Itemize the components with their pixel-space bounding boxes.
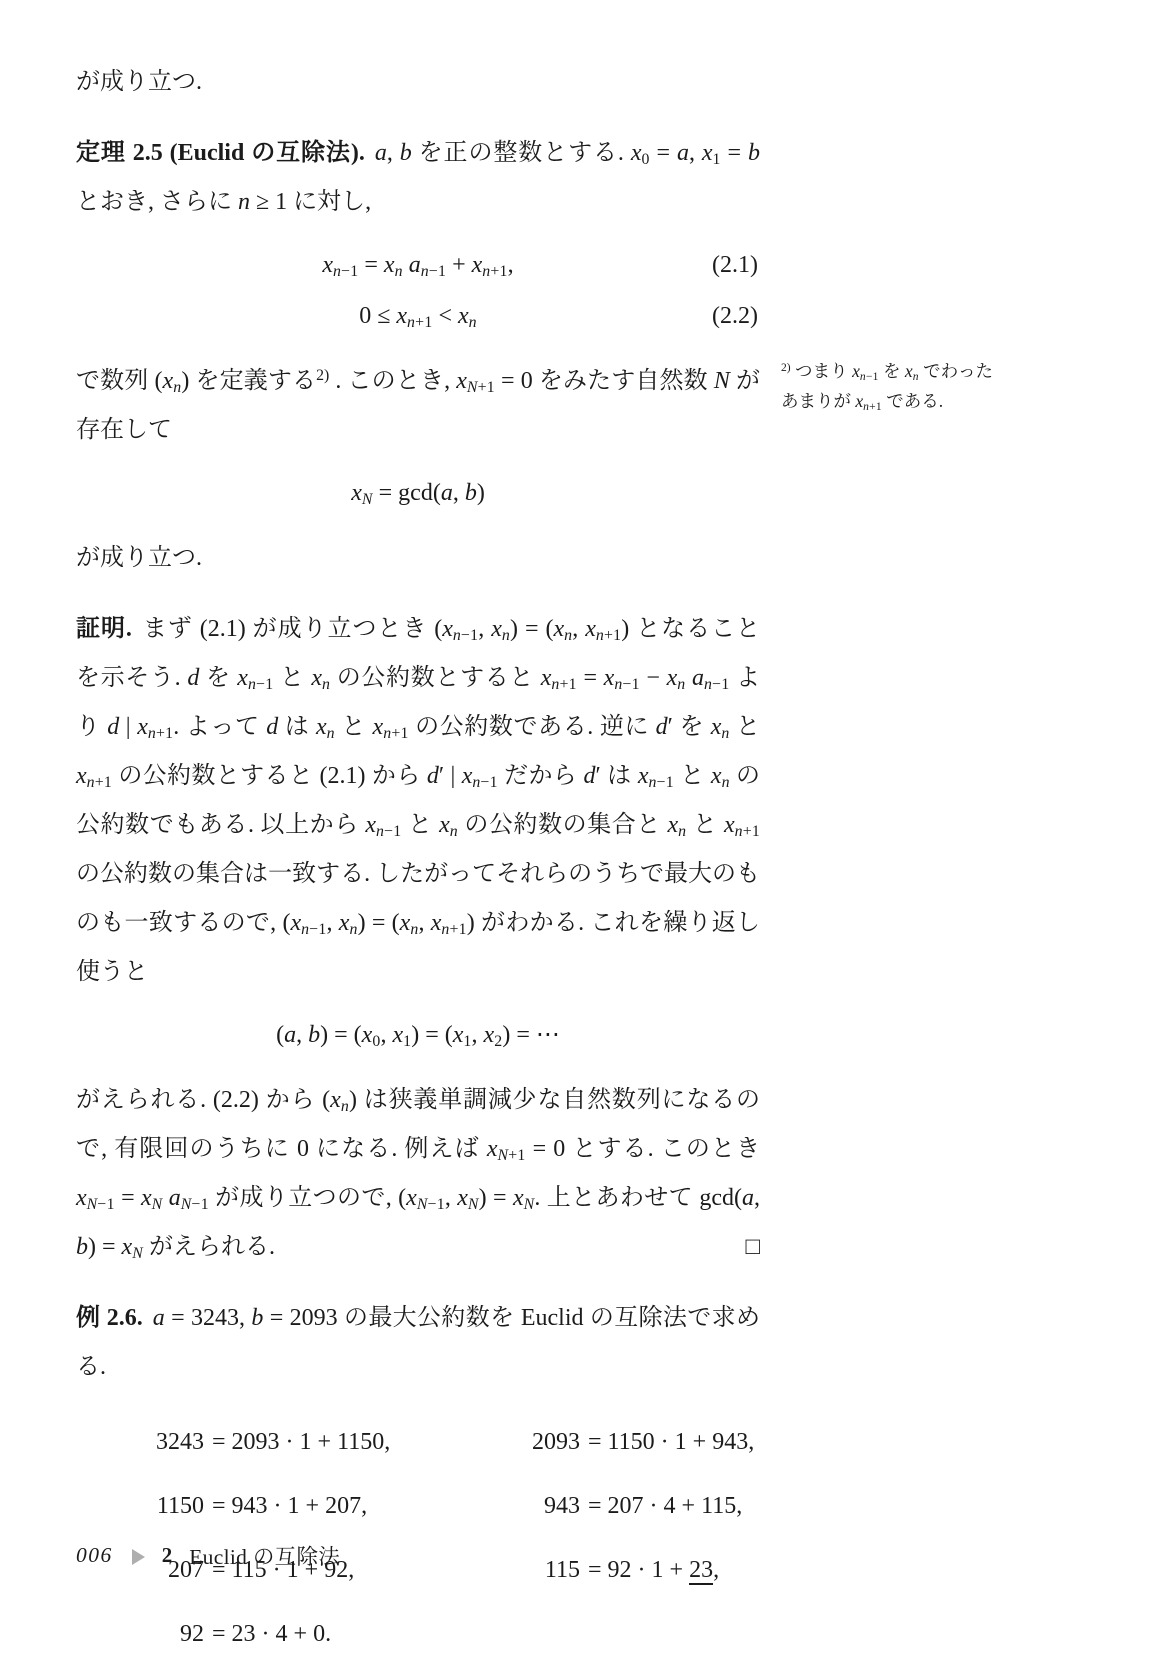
- equation-2-2: 0 ≤ xn+1 < xn (2.2): [76, 291, 760, 342]
- example-body: a = 3243, b = 2093 の最大公約数を Euclid の互除法で求…: [76, 1305, 760, 1380]
- example-equation: 3243= 2093 · 1 + 1150,: [130, 1418, 482, 1467]
- example-equation: 943= 207 · 4 + 115,: [506, 1482, 760, 1531]
- gcd-equation: xN = gcd(a, b): [76, 468, 760, 519]
- theorem-closing-paragraph: が成り立つ.: [76, 534, 760, 583]
- proof-display-equation: (a, b) = (x0, x1) = (x1, x2) = ⋯: [76, 1010, 760, 1061]
- theorem-paragraph: 定理 2.5 (Euclid の互除法).a, b を正の整数とする. x0 =…: [76, 129, 760, 227]
- chapter-number: 2: [162, 1543, 173, 1568]
- proof-paragraph-1: 証明.まず (2.1) が成り立つとき (xn−1, xn) = (xn, xn…: [76, 605, 760, 997]
- example-paragraph: 例 2.6.a = 3243, b = 2093 の最大公約数を Euclid …: [76, 1294, 760, 1392]
- continuation-paragraph: が成り立つ.: [76, 58, 760, 107]
- example-equations: 3243= 2093 · 1 + 1150,2093= 1150 · 1 + 9…: [130, 1418, 760, 1654]
- proof-body-1: まず (2.1) が成り立つとき (xn−1, xn) = (xn, xn+1)…: [76, 616, 760, 985]
- qed-box: □: [746, 1223, 761, 1272]
- margin-footnote: 2) つまり xn−1 を xn でわったあまりが xn+1 である.: [781, 357, 993, 416]
- theorem-continuation-paragraph: で数列 (xn) を定義する2) . このとき, xN+1 = 0 をみたす自然…: [76, 357, 760, 455]
- main-text-column: が成り立つ. 定理 2.5 (Euclid の互除法).a, b を正の整数とす…: [76, 58, 760, 1654]
- example-equation: 1150= 943 · 1 + 207,: [130, 1482, 482, 1531]
- example-equation: 2093= 1150 · 1 + 943,: [506, 1418, 760, 1467]
- gcd-equation-math: xN = gcd(a, b): [351, 480, 485, 506]
- equation-2-1-math: xn−1 = xn an−1 + xn+1,: [322, 252, 513, 278]
- example-equation-empty-cell: [506, 1610, 760, 1654]
- chapter-title: Euclid の互除法: [189, 1540, 340, 1571]
- equation-2-2-math: 0 ≤ xn+1 < xn: [359, 303, 477, 329]
- equation-2-2-number: (2.2): [712, 291, 758, 342]
- equation-2-1-number: (2.1): [712, 240, 758, 291]
- example-equation: 115= 92 · 1 + 23,: [506, 1546, 760, 1595]
- numbered-equation-group: xn−1 = xn an−1 + xn+1, (2.1) 0 ≤ xn+1 < …: [76, 240, 760, 342]
- page-footer: 006 2 Euclid の互除法: [76, 1540, 340, 1571]
- example-heading: 例 2.6.: [76, 1305, 143, 1331]
- proof-body-2: がえられる. (2.2) から (xn) は狭義単調減少な自然数列になるので, …: [76, 1087, 760, 1260]
- theorem-heading: 定理 2.5 (Euclid の互除法).: [76, 140, 365, 166]
- proof-display-equation-math: (a, b) = (x0, x1) = (x1, x2) = ⋯: [276, 1022, 560, 1048]
- example-equation: 92= 23 · 4 + 0.: [130, 1610, 482, 1654]
- page-number: 006: [76, 1543, 113, 1568]
- triangle-icon: [132, 1549, 145, 1565]
- proof-heading: 証明.: [76, 616, 132, 642]
- proof-paragraph-2: がえられる. (2.2) から (xn) は狭義単調減少な自然数列になるので, …: [76, 1076, 760, 1272]
- equation-2-1: xn−1 = xn an−1 + xn+1, (2.1): [76, 240, 760, 291]
- textbook-page: が成り立つ. 定理 2.5 (Euclid の互除法).a, b を正の整数とす…: [0, 0, 1165, 1654]
